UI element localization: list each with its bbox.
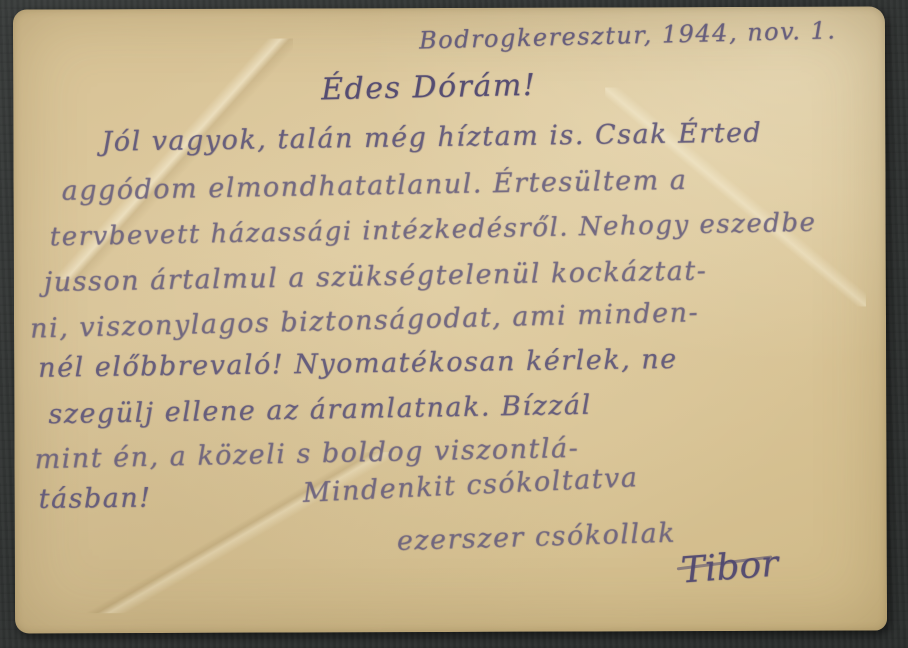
date-line: Bodrogkeresztur, 1944, nov. 1. bbox=[419, 16, 837, 54]
handwriting-line: nél előbbrevaló! Nyomatékosan kérlek, ne bbox=[38, 344, 678, 384]
handwriting-line: jusson ártalmul a szükségtelenül kockázt… bbox=[44, 255, 708, 298]
handwriting-line: szegülj ellene az áramlatnak. Bízzál bbox=[48, 390, 592, 430]
postcard: Bodrogkeresztur, 1944, nov. 1. Édes Dórá… bbox=[13, 6, 887, 633]
handwriting-line: tervbevett házassági intézkedésről. Neho… bbox=[49, 208, 816, 253]
signature: Tibor bbox=[679, 544, 779, 592]
closing-line: ezerszer csókollak bbox=[396, 518, 676, 557]
handwriting-line: Jól vagyok, talán még híztam is. Csak Ér… bbox=[101, 117, 762, 157]
handwriting-line: ni, viszonylagos biztonságodat, ami mind… bbox=[30, 297, 700, 344]
handwriting-line: tásban! bbox=[38, 483, 151, 515]
closing-line: Mindenkit csókoltatva bbox=[302, 462, 639, 509]
salutation: Édes Dórám! bbox=[321, 68, 537, 107]
photo-backdrop: Bodrogkeresztur, 1944, nov. 1. Édes Dórá… bbox=[0, 0, 908, 648]
handwriting-line: aggódom elmondhatatlanul. Értesültem a bbox=[61, 165, 687, 207]
